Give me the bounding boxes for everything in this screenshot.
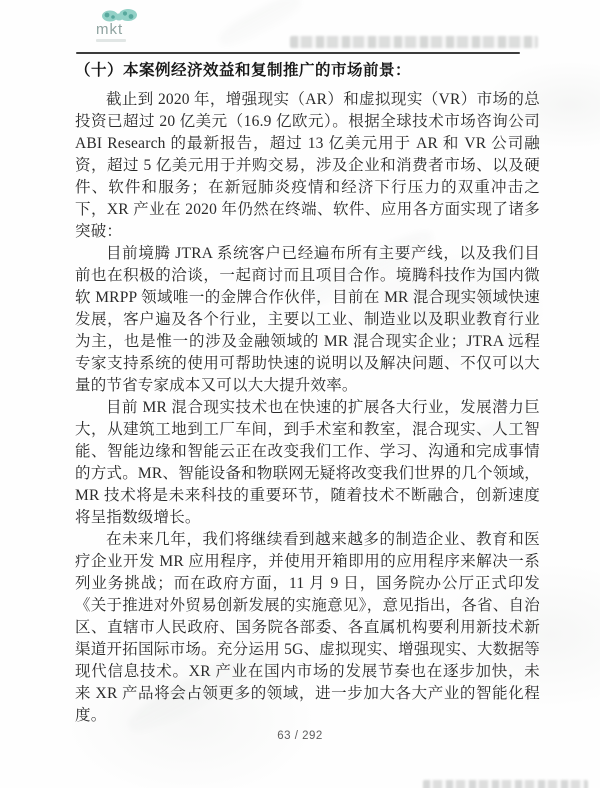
brand-logo: mkt	[96, 8, 156, 42]
brand-name: mkt	[96, 23, 156, 37]
footer-watermark-illegible-text	[423, 780, 588, 788]
section-heading: （十）本案例经济效益和复制推广的市场前景：	[75, 60, 540, 82]
paragraph-future-outlook: 在未来几年，我们将继续看到越来越多的制造企业、教育和医疗企业开发 MR 应用程序…	[75, 529, 540, 727]
paragraph-market-investment: 截止到 2020 年，增强现实（AR）和虚拟现实（VR）市场的总投资已超过 20…	[75, 89, 540, 243]
header-divider	[76, 52, 520, 54]
paragraph-jtra-customers: 目前境腾 JTRA 系统客户已经遍布所有主要产线，以及我们目前也在积极的洽谈，一…	[75, 243, 540, 397]
paragraph-mr-expansion: 目前 MR 混合现实技术也在快速的扩展各大行业，发展潜力巨大，从建筑工地到工厂车…	[75, 397, 540, 529]
document-body: （十）本案例经济效益和复制推广的市场前景： 截止到 2020 年，增强现实（AR…	[75, 60, 540, 727]
document-page: mkt （十）本案例经济效益和复制推广的市场前景： 截止到 2020 年，增强现…	[0, 0, 600, 788]
brand-tagline-smudge	[96, 39, 126, 42]
page-number: 63 / 292	[0, 730, 600, 742]
header-watermark-illegible-text	[290, 36, 538, 48]
